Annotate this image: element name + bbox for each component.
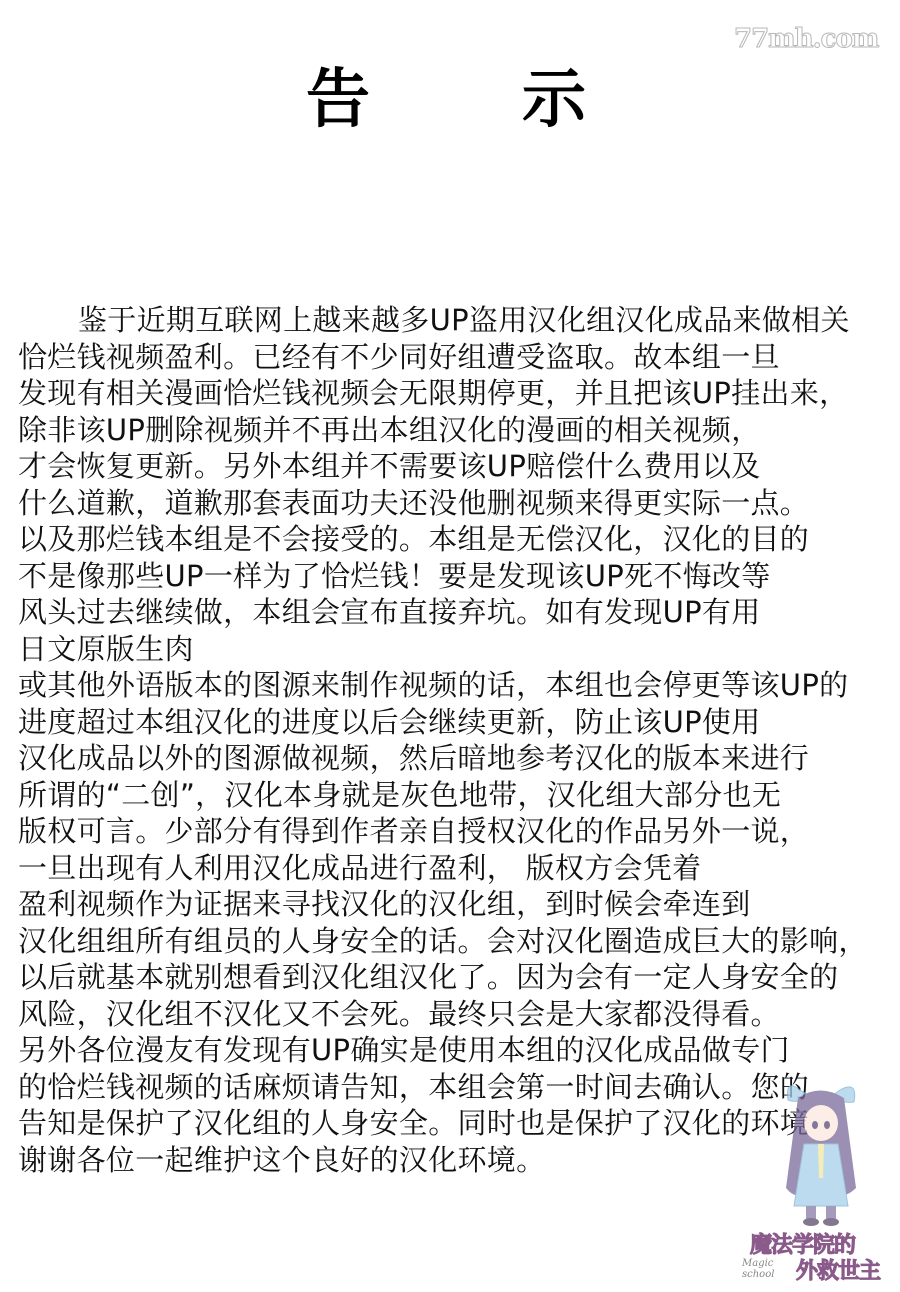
text-line: 进度超过本组汉化的进度以后会继续更新，防止该UP使用 bbox=[18, 704, 898, 741]
notice-body: 鉴于近期互联网上越来越多UP盗用汉化组汉化成品来做相关 恰烂钱视频盈利。已经有不… bbox=[18, 302, 898, 1178]
page-title: 告 示 bbox=[0, 60, 900, 140]
logo-line-2: 外救世主 bbox=[796, 1254, 880, 1285]
text-line: 什么道歉，道歉那套表面功夫还没他删视频来得更实际一点。 bbox=[18, 485, 898, 522]
text-line: 一旦出现有人利用汉化成品进行盈利， 版权方会凭着 bbox=[18, 850, 898, 887]
text-line: 或其他外语版本的图源来制作视频的话，本组也会停更等该UP的 bbox=[18, 667, 898, 704]
text-line: 谢谢各位一起维护这个良好的汉化环境。 bbox=[18, 1142, 898, 1179]
mascot-character-image bbox=[770, 1078, 880, 1238]
site-watermark: 77mh.com bbox=[734, 24, 878, 54]
text-line: 除非该UP删除视频并不再出本组汉化的漫画的相关视频， bbox=[18, 412, 898, 449]
text-line: 告知是保护了汉化组的人身安全。同时也是保护了汉化的环境 bbox=[18, 1105, 898, 1142]
text-line: 以后就基本就别想看到汉化组汉化了。因为会有一定人身安全的 bbox=[18, 959, 898, 996]
text-line: 风险，汉化组不汉化又不会死。最终只会是大家都没得看。 bbox=[18, 996, 898, 1033]
text-line: 日文原版生肉 bbox=[18, 631, 898, 668]
logo-tagline: Magic school bbox=[742, 1258, 774, 1280]
title-char-2: 示 bbox=[522, 60, 586, 140]
text-line: 另外各位漫友有发现有UP确实是使用本组的汉化成品做专门 bbox=[18, 1032, 898, 1069]
text-line: 汉化组组所有组员的人身安全的话。会对汉化圈造成巨大的影响， bbox=[18, 923, 898, 960]
text-line: 汉化成品以外的图源做视频，然后暗地参考汉化的版本来进行 bbox=[18, 740, 898, 777]
text-line: 才会恢复更新。另外本组并不需要该UP赔偿什么费用以及 bbox=[18, 448, 898, 485]
text-line: 盈利视频作为证据来寻找汉化的汉化组，到时候会牵连到 bbox=[18, 886, 898, 923]
logo-magic-school: 魔法学院的 Magic school 外救世主 bbox=[742, 1226, 892, 1286]
text-line: 所谓的“二创”，汉化本身就是灰色地带，汉化组大部分也无 bbox=[18, 777, 898, 814]
text-line: 以及那烂钱本组是不会接受的。本组是无偿汉化，汉化的目的 bbox=[18, 521, 898, 558]
text-line: 鉴于近期互联网上越来越多UP盗用汉化组汉化成品来做相关 bbox=[18, 302, 898, 339]
text-line: 的恰烂钱视频的话麻烦请告知，本组会第一时间去确认。您的 bbox=[18, 1069, 898, 1106]
text-line: 风头过去继续做，本组会宣布直接弃坑。如有发现UP有用 bbox=[18, 594, 898, 631]
title-char-1: 告 bbox=[306, 60, 370, 140]
text-line: 发现有相关漫画恰烂钱视频会无限期停更，并且把该UP挂出来， bbox=[18, 375, 898, 412]
text-line: 版权可言。少部分有得到作者亲自授权汉化的作品另外一说， bbox=[18, 813, 898, 850]
text-line: 恰烂钱视频盈利。已经有不少同好组遭受盗取。故本组一旦 bbox=[18, 339, 898, 376]
text-line: 不是像那些UP一样为了恰烂钱！要是发现该UP死不悔改等 bbox=[18, 558, 898, 595]
